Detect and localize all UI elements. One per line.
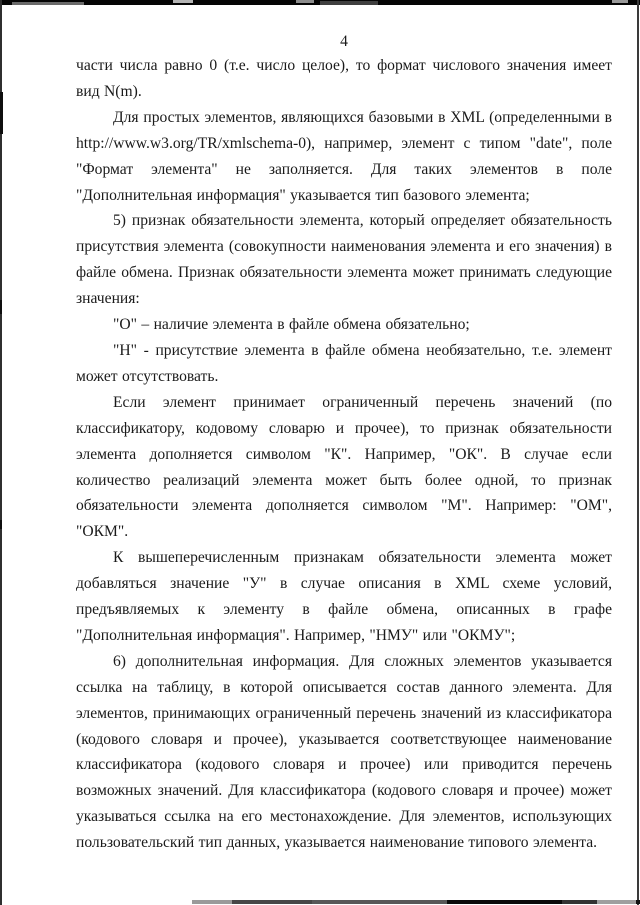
text-line: части числа равно 0 (т.е. число целое), …	[76, 53, 612, 79]
text-line: "Формат элемента" не заполняется. Для та…	[76, 157, 612, 183]
paragraph: "Н" - присутствие элемента в файле обмен…	[76, 338, 612, 390]
paragraph: Если элемент принимает ограниченный пере…	[76, 390, 612, 545]
text-line: 5) признак обязательности элемента, кото…	[76, 208, 612, 234]
text-line: "Дополнительная информация" указывается …	[76, 183, 612, 209]
text-line: предъявляемых к элементу в файле обмена,…	[76, 597, 612, 623]
text-line: может отсутствовать.	[76, 364, 612, 390]
text-line: Если элемент принимает ограниченный пере…	[76, 390, 612, 416]
text-line: указываться ссылка на его местонахождени…	[76, 804, 612, 830]
text-line: файле обмена. Признак обязательности эле…	[76, 260, 612, 286]
scan-noise	[320, 1, 378, 5]
scan-noise	[0, 300, 2, 314]
page-number: 4	[76, 32, 612, 52]
text-line: (кодового словаря и прочее), указывается…	[76, 727, 612, 753]
paragraph: "О" – наличие элемента в файле обмена об…	[76, 312, 612, 338]
scan-noise	[612, 0, 628, 3]
paragraph: 6) дополнительная информация. Для сложны…	[76, 649, 612, 856]
scan-noise	[296, 0, 314, 3]
scan-artifact-right-edge	[637, 0, 639, 905]
scan-noise	[0, 520, 2, 529]
text-line: пользовательский тип данных, указывается…	[76, 830, 612, 856]
text-line: "О" – наличие элемента в файле обмена об…	[76, 312, 612, 338]
text-line: Для простых элементов, являющихся базовы…	[76, 105, 612, 131]
text-line: возможных значений. Для классификатора (…	[76, 778, 612, 804]
text-line: обязательности элемента дополняется симв…	[76, 493, 612, 545]
text-line: присутствия элемента (совокупности наиме…	[76, 234, 612, 260]
text-line: К вышеперечисленным признакам обязательн…	[76, 545, 612, 571]
scan-artifact-bottom-bar	[192, 900, 640, 904]
paragraph: 5) признак обязательности элемента, кото…	[76, 208, 612, 312]
text-line: классификатору, кодовому словарю и проче…	[76, 416, 612, 442]
text-line: "Н" - присутствие элемента в файле обмен…	[76, 338, 612, 364]
paragraph: части числа равно 0 (т.е. число целое), …	[76, 53, 612, 105]
scan-noise	[173, 0, 193, 3]
paragraph: Для простых элементов, являющихся базовы…	[76, 105, 612, 209]
text-line: вид N(m).	[76, 79, 612, 105]
text-line: 6) дополнительная информация. Для сложны…	[76, 649, 612, 675]
scan-artifact-left-edge	[0, 0, 2, 905]
text-line: значения:	[76, 286, 612, 312]
scan-artifact-top-bar	[0, 0, 640, 5]
text-line: элементов, принимающих ограниченный пере…	[76, 701, 612, 727]
text-line: классификатора (кодового словаря и проче…	[76, 752, 612, 778]
scan-noise	[0, 92, 3, 134]
text-line: добавляться значение "У" в случае описан…	[76, 571, 612, 597]
text-line: http://www.w3.org/TR/xmlschema-0), напри…	[76, 131, 612, 157]
text-line: "Дополнительная информация". Например, "…	[76, 623, 612, 649]
text-line: ссылка на таблицу, в которой описывается…	[76, 675, 612, 701]
document-text-body: части числа равно 0 (т.е. число целое), …	[76, 53, 612, 856]
paragraph: К вышеперечисленным признакам обязательн…	[76, 545, 612, 649]
scan-noise	[12, 2, 84, 5]
text-line: количество реализаций элемента может быт…	[76, 468, 612, 494]
text-line: элемента дополняется символом "К". Напри…	[76, 442, 612, 468]
document-page: 4 части числа равно 0 (т.е. число целое)…	[0, 0, 640, 905]
